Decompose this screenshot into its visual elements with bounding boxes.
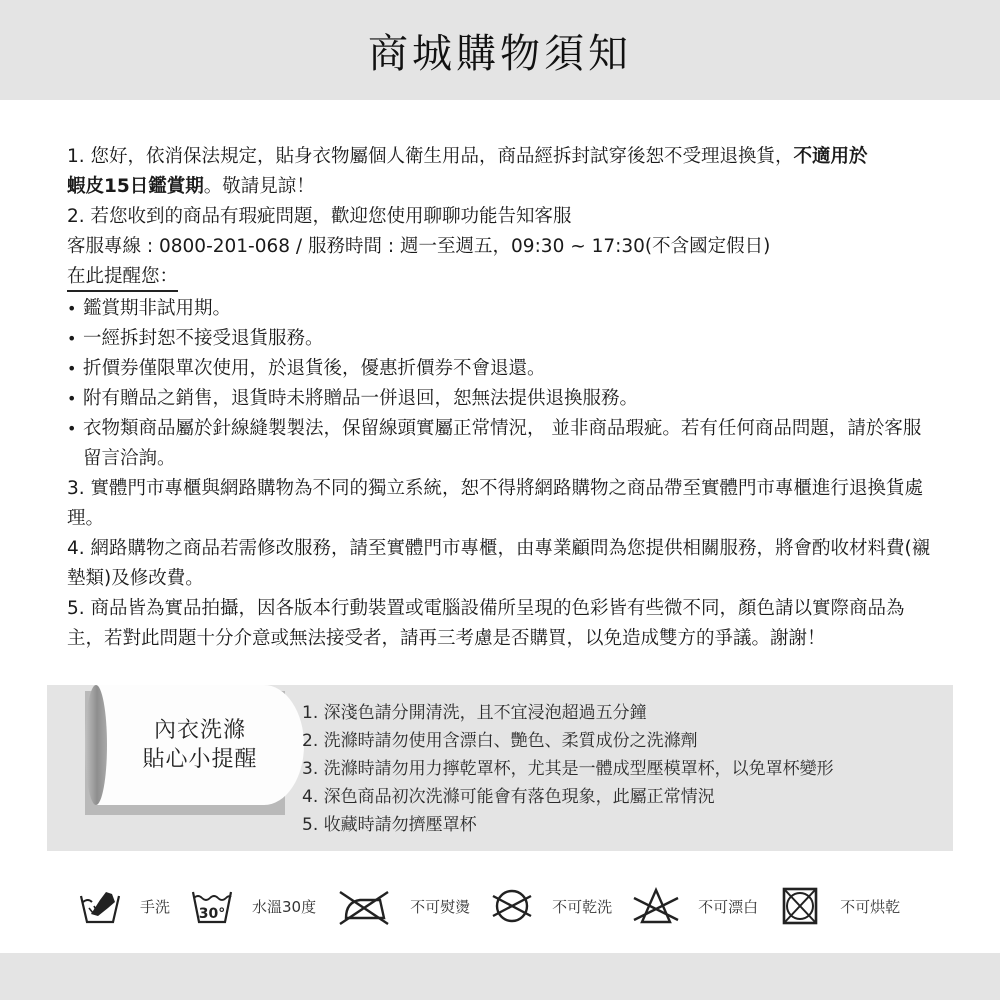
reminder-heading: 在此提醒您： — [67, 264, 178, 292]
notice-item-2: 2. 若您收到的商品有瑕疵問題，歡迎您使用聊聊功能告知客服 — [67, 202, 937, 232]
no-iron-icon — [336, 886, 392, 926]
notice-item-4: 4. 網路購物之商品若需修改服務，請至實體門市專櫃，由專業顧問為您提供相關服務，… — [67, 534, 937, 594]
purchase-notice: 1. 您好，依消保法規定，貼身衣物屬個人衛生用品，商品經拆封試穿後恕不受理退換貨… — [67, 142, 937, 654]
care-hand-wash: 手洗 — [78, 886, 190, 926]
scroll-curl — [85, 685, 107, 805]
washing-tips-panel: 內衣洗滌 貼心小提醒 1. 深淺色請分開清洗，且不宜浸泡超過五分鐘 2. 洗滌時… — [47, 685, 953, 851]
wash-30-icon: 30° — [190, 886, 234, 926]
reminder-item: 衣物類商品屬於針線縫製製法，保留線頭實屬正常情況， 並非商品瑕疵。若有任何商品問… — [67, 414, 937, 474]
hand-wash-icon — [78, 886, 122, 926]
reminder-item: 鑑賞期非試用期。 — [67, 294, 937, 324]
reminder-list: 鑑賞期非試用期。 一經拆封恕不接受退貨服務。 折價券僅限單次使用，於退貨後，優惠… — [67, 294, 937, 474]
washing-tip: 1. 深淺色請分開清洗，且不宜浸泡超過五分鐘 — [302, 699, 834, 727]
care-no-dry-clean: 不可乾洗 — [490, 886, 632, 926]
washing-title: 內衣洗滌 貼心小提醒 — [142, 716, 257, 774]
page-title: 商城購物須知 — [368, 22, 632, 79]
reminder-item: 附有贈品之銷售，退貨時未將贈品一併退回，恕無法提供退換服務。 — [67, 384, 937, 414]
washing-tips-list: 1. 深淺色請分開清洗，且不宜浸泡超過五分鐘 2. 洗滌時請勿使用含漂白、艷色、… — [302, 699, 834, 839]
care-symbols: 手洗 30° 水溫30度 不可熨燙 不可乾洗 不可漂白 — [78, 884, 938, 928]
care-no-bleach: 不可漂白 — [632, 886, 778, 926]
notice-item-3: 3. 實體門市專櫃與網路購物為不同的獨立系統，恕不得將網路購物之商品帶至實體門市… — [67, 474, 937, 534]
scroll-banner: 內衣洗滌 貼心小提醒 — [85, 685, 313, 815]
washing-tip: 5. 收藏時請勿擠壓罩杯 — [302, 811, 834, 839]
no-dry-clean-icon — [490, 886, 534, 926]
notice-item-5: 5. 商品皆為實品拍攝，因各版本行動裝置或電腦設備所呈現的色彩皆有些微不同，顏色… — [67, 594, 937, 654]
service-line: 客服專線 : 0800-201-068 / 服務時間 : 週一至週五，09:30… — [67, 232, 937, 262]
care-wash-30: 30° 水溫30度 — [190, 886, 336, 926]
washing-tip: 4. 深色商品初次洗滌可能會有落色現象，此屬正常情況 — [302, 783, 834, 811]
washing-tip: 3. 洗滌時請勿用力擰乾罩杯，尤其是一體成型壓模罩杯，以免罩杯變形 — [302, 755, 834, 783]
reminder-item: 一經拆封恕不接受退貨服務。 — [67, 324, 937, 354]
washing-tip: 2. 洗滌時請勿使用含漂白、艷色、柔質成份之洗滌劑 — [302, 727, 834, 755]
care-no-iron: 不可熨燙 — [336, 886, 490, 926]
no-tumble-dry-icon — [778, 886, 822, 926]
care-no-tumble-dry: 不可烘乾 — [778, 886, 920, 926]
no-bleach-icon — [632, 886, 680, 926]
notice-item-1: 1. 您好，依消保法規定，貼身衣物屬個人衛生用品，商品經拆封試穿後恕不受理退換貨… — [67, 142, 937, 202]
scroll-paper: 內衣洗滌 貼心小提醒 — [96, 685, 304, 805]
page-footer — [0, 953, 1000, 1000]
svg-text:30°: 30° — [199, 906, 225, 922]
page-header: 商城購物須知 — [0, 0, 1000, 100]
reminder-item: 折價券僅限單次使用，於退貨後，優惠折價券不會退還。 — [67, 354, 937, 384]
